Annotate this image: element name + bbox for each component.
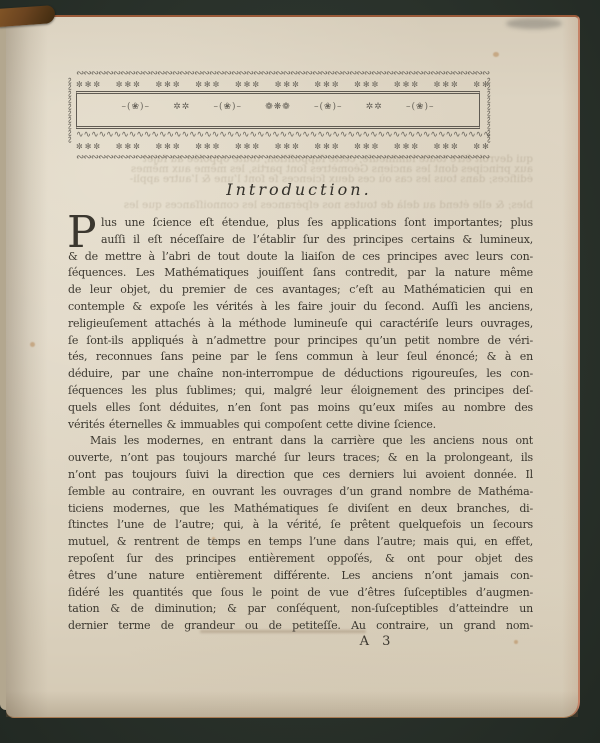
text-line: ticiens modernes, que les Mathématiques … <box>68 501 533 518</box>
ink-smudge <box>506 18 562 29</box>
signature-mark: A 3 <box>346 634 406 649</box>
text-line: repoſent ſur des principes entièrement o… <box>68 551 533 568</box>
text-line: ſéquences. Les Mathématiques jouiſſent ſ… <box>68 265 533 282</box>
text-line: lus une ſcience eſt étendue, plus ſes ap… <box>68 215 533 232</box>
section-title: Introduction. <box>66 180 532 199</box>
body-text: P lus une ſcience eſt étendue, plus ſes … <box>68 215 533 635</box>
text-line: ſemble au contraire, en ouvrant les ouvr… <box>68 484 533 501</box>
text-line: êtres d’une nature entièrement différent… <box>68 568 533 585</box>
ornament-side-left: ∾∾∾∾∾∾∾∾∾∾ <box>63 68 74 152</box>
text-line: quels elles ſont déduites, n’en ſont pas… <box>68 400 533 417</box>
ornament-star-row-top: ✼✻✼ ✼✻✼ ✼✻✼ ✼✻✼ ✼✻✼ ✼✻✼ ✼✻✼ ✼✻✼ ✼✻✼ ✼✻✼ … <box>66 79 490 90</box>
text-line: & de mettre à l’abri de tout doute la li… <box>68 249 533 266</box>
foxing-spot <box>493 52 499 57</box>
page-right-shade <box>562 17 578 717</box>
text-line: Mais les modernes, en entrant dans la ca… <box>68 433 533 450</box>
text-line: ſe ſont-ils appliqués à n’admettre pour … <box>68 333 533 350</box>
text-line: tés, reconnues ſans peine par le ſens co… <box>68 349 533 366</box>
headpiece-ornament: ∾∾∾∾∾∾∾∾∾∾∾∾∾∾∾∾∾∾∾∾∾∾∾∾∾∾∾∾∾∾∾∾∾∾∾∾∾∾∾∾… <box>66 68 490 152</box>
text-line: contemple & expoſe les vérités à les fai… <box>68 299 533 316</box>
text-line: ſtinctes l’une de l’autre; qui, à la vér… <box>68 517 533 534</box>
text-line: ouverte, n’ont pas toujours marché ſur l… <box>68 450 533 467</box>
book-page: ∾∾∾∾∾∾∾∾∾∾∾∾∾∾∾∾∾∾∾∾∾∾∾∾∾∾∾∾∾∾∾∾∾∾∾∾∾∾∾∾… <box>6 15 580 718</box>
text-line: vérités éternelles & immuables qui compo… <box>68 417 533 434</box>
text-line: religieuſement attachés à la méthode lum… <box>68 316 533 333</box>
page-bottom-shade <box>6 691 578 717</box>
text-line: n’ont pas toujours ſuivi la direction qu… <box>68 467 533 484</box>
text-line: dernier terme de grandeur ou de petiteſſ… <box>68 618 533 635</box>
gutter-shadow <box>6 17 48 717</box>
ornament-zigzag-row: ∿∿∿∿∿∿∿∿∿∿∿∿∿∿∿∿∿∿∿∿∿∿∿∿∿∿∿∿∿∿∿∿∿∿∿∿∿∿∿∿… <box>66 130 490 141</box>
text-line: ſidéré les quantités que ſous le point d… <box>68 585 533 602</box>
text-line: tation & de diminution; & par conſéquent… <box>68 601 533 618</box>
text-line: ſéquences les plus ſublimes; qui, malgré… <box>68 383 533 400</box>
text-line: de leur objet, du premier de ces avantag… <box>68 282 533 299</box>
photo-background: ∾∾∾∾∾∾∾∾∾∾∾∾∾∾∾∾∾∾∾∾∾∾∾∾∾∾∾∾∾∾∾∾∾∾∾∾∾∾∾∾… <box>0 0 600 743</box>
ornament-inner-frame: –(❀)– ✲✲ –(❀)– ❁❋❁ –(❀)– ✲✲ –(❀)– <box>76 91 480 129</box>
text-line: auſſi il eſt néceſſaire de l’établir ſur… <box>68 232 533 249</box>
bleedthrough-line: bles; & elle étend au delà de toutes nos… <box>68 200 533 211</box>
foxing-spot <box>30 342 35 347</box>
text-line: mutuel, & rentrent de temps en temps l’u… <box>68 534 533 551</box>
ornament-chain-row-top: ∾∾∾∾∾∾∾∾∾∾∾∾∾∾∾∾∾∾∾∾∾∾∾∾∾∾∾∾∾∾∾∾∾∾∾∾∾∾∾∾… <box>66 68 490 79</box>
ornament-star-row-bottom: ✼✻✼ ✼✻✼ ✼✻✼ ✼✻✼ ✼✻✼ ✼✻✼ ✼✻✼ ✼✻✼ ✼✻✼ ✼✻✼ … <box>66 141 490 152</box>
text-line: déduire, par une chaîne non-interrompue … <box>68 366 533 383</box>
ornament-inner-row: –(❀)– ✲✲ –(❀)– ❁❋❁ –(❀)– ✲✲ –(❀)– <box>77 94 479 120</box>
foxing-spot <box>514 640 518 644</box>
drop-cap: P <box>67 216 96 249</box>
ornament-side-right: ∾∾∾∾∾∾∾∾∾∾ <box>482 68 493 152</box>
